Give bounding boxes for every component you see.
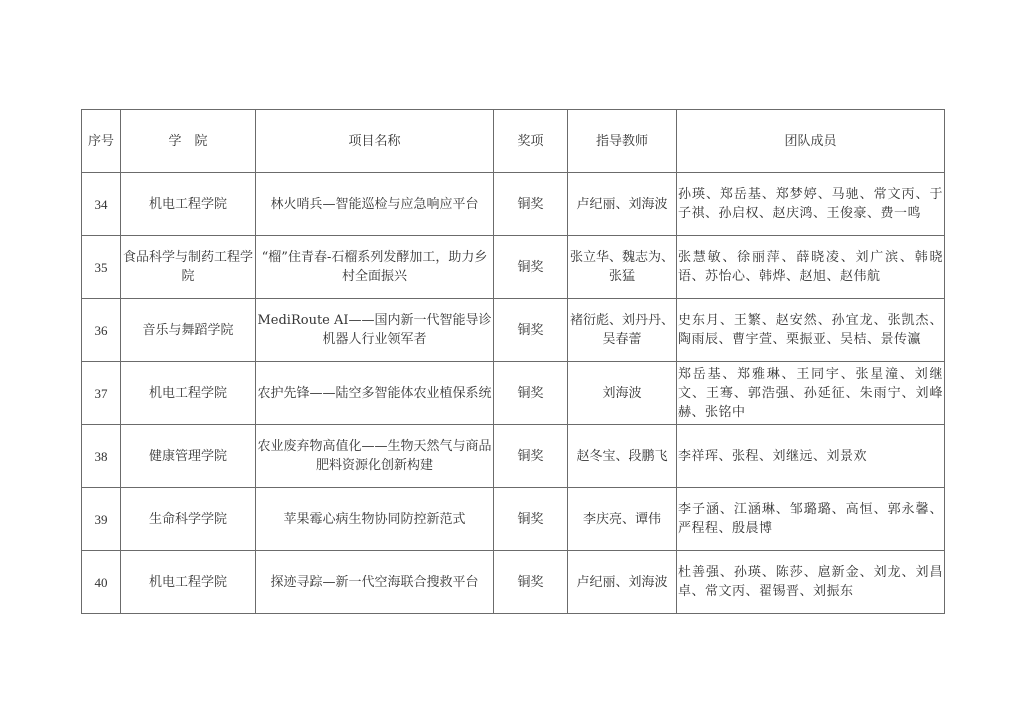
cell-seq: 38 — [82, 425, 121, 488]
header-members: 团队成员 — [677, 110, 945, 173]
cell-advisor: 卢纪丽、刘海波 — [568, 173, 677, 236]
header-project: 项目名称 — [256, 110, 494, 173]
cell-project: “榴”住青春-石榴系列发酵加工，助力乡村全面振兴 — [256, 236, 494, 299]
cell-advisor: 赵冬宝、段鹏飞 — [568, 425, 677, 488]
cell-advisor: 刘海波 — [568, 362, 677, 425]
cell-award: 铜奖 — [494, 362, 568, 425]
header-college: 学 院 — [121, 110, 256, 173]
cell-members: 郑岳基、郑雅琳、王同宇、张星潼、刘继文、王骞、郭浩强、孙延征、朱雨宁、刘峰赫、张… — [677, 362, 945, 425]
table-row: 37 机电工程学院 农护先锋——陆空多智能体农业植保系统 铜奖 刘海波 郑岳基、… — [82, 362, 945, 425]
table-row: 35 食品科学与制药工程学院 “榴”住青春-石榴系列发酵加工，助力乡村全面振兴 … — [82, 236, 945, 299]
cell-members: 李子涵、江涵琳、邹璐璐、高恒、郭永馨、严程程、殷晨博 — [677, 488, 945, 551]
table-row: 34 机电工程学院 林火哨兵—智能巡检与应急响应平台 铜奖 卢纪丽、刘海波 孙瑛… — [82, 173, 945, 236]
cell-project: 苹果霉心病生物协同防控新范式 — [256, 488, 494, 551]
cell-advisor: 张立华、魏志为、张猛 — [568, 236, 677, 299]
cell-seq: 36 — [82, 299, 121, 362]
cell-members: 李祥珲、张程、刘继远、刘景欢 — [677, 425, 945, 488]
cell-seq: 35 — [82, 236, 121, 299]
cell-award: 铜奖 — [494, 236, 568, 299]
table-row: 38 健康管理学院 农业废弃物高值化——生物天然气与商品肥料资源化创新构建 铜奖… — [82, 425, 945, 488]
cell-college: 食品科学与制药工程学院 — [121, 236, 256, 299]
header-award: 奖项 — [494, 110, 568, 173]
cell-college: 音乐与舞蹈学院 — [121, 299, 256, 362]
header-seq: 序号 — [82, 110, 121, 173]
cell-project: 农护先锋——陆空多智能体农业植保系统 — [256, 362, 494, 425]
cell-college: 生命科学学院 — [121, 488, 256, 551]
cell-college: 机电工程学院 — [121, 362, 256, 425]
cell-project: 林火哨兵—智能巡检与应急响应平台 — [256, 173, 494, 236]
header-advisor: 指导教师 — [568, 110, 677, 173]
document-page: 序号 学 院 项目名称 奖项 指导教师 团队成员 34 机电工程学院 林火哨兵—… — [0, 0, 1024, 724]
cell-college: 机电工程学院 — [121, 551, 256, 614]
cell-award: 铜奖 — [494, 425, 568, 488]
cell-advisor: 李庆亮、谭伟 — [568, 488, 677, 551]
cell-seq: 40 — [82, 551, 121, 614]
cell-advisor: 卢纪丽、刘海波 — [568, 551, 677, 614]
awards-table: 序号 学 院 项目名称 奖项 指导教师 团队成员 34 机电工程学院 林火哨兵—… — [81, 109, 945, 614]
cell-seq: 37 — [82, 362, 121, 425]
cell-members: 孙瑛、郑岳基、郑梦婷、马驰、常文丙、于子祺、孙启权、赵庆鸿、王俊豪、费一鸣 — [677, 173, 945, 236]
cell-members: 杜善强、孙瑛、陈莎、扈新金、刘龙、刘昌卓、常文丙、翟锡晋、刘振东 — [677, 551, 945, 614]
cell-award: 铜奖 — [494, 488, 568, 551]
table-row: 39 生命科学学院 苹果霉心病生物协同防控新范式 铜奖 李庆亮、谭伟 李子涵、江… — [82, 488, 945, 551]
cell-award: 铜奖 — [494, 299, 568, 362]
cell-project: 农业废弃物高值化——生物天然气与商品肥料资源化创新构建 — [256, 425, 494, 488]
cell-college: 机电工程学院 — [121, 173, 256, 236]
cell-college: 健康管理学院 — [121, 425, 256, 488]
cell-members: 张慧敏、徐丽萍、薛晓凌、刘广滨、韩晓语、苏怡心、韩烨、赵旭、赵伟航 — [677, 236, 945, 299]
cell-advisor: 褚衍彪、刘丹丹、吴春蕾 — [568, 299, 677, 362]
cell-seq: 34 — [82, 173, 121, 236]
cell-seq: 39 — [82, 488, 121, 551]
cell-award: 铜奖 — [494, 551, 568, 614]
table-header-row: 序号 学 院 项目名称 奖项 指导教师 团队成员 — [82, 110, 945, 173]
cell-project: 探迹寻踪—新一代空海联合搜救平台 — [256, 551, 494, 614]
table-row: 40 机电工程学院 探迹寻踪—新一代空海联合搜救平台 铜奖 卢纪丽、刘海波 杜善… — [82, 551, 945, 614]
cell-members: 史东月、王繁、赵安然、孙宜龙、张凯杰、陶雨辰、曹宇萱、栗振亚、吴桔、景传瀛 — [677, 299, 945, 362]
cell-award: 铜奖 — [494, 173, 568, 236]
cell-project: MediRoute AI——国内新一代智能导诊机器人行业领军者 — [256, 299, 494, 362]
table-row: 36 音乐与舞蹈学院 MediRoute AI——国内新一代智能导诊机器人行业领… — [82, 299, 945, 362]
